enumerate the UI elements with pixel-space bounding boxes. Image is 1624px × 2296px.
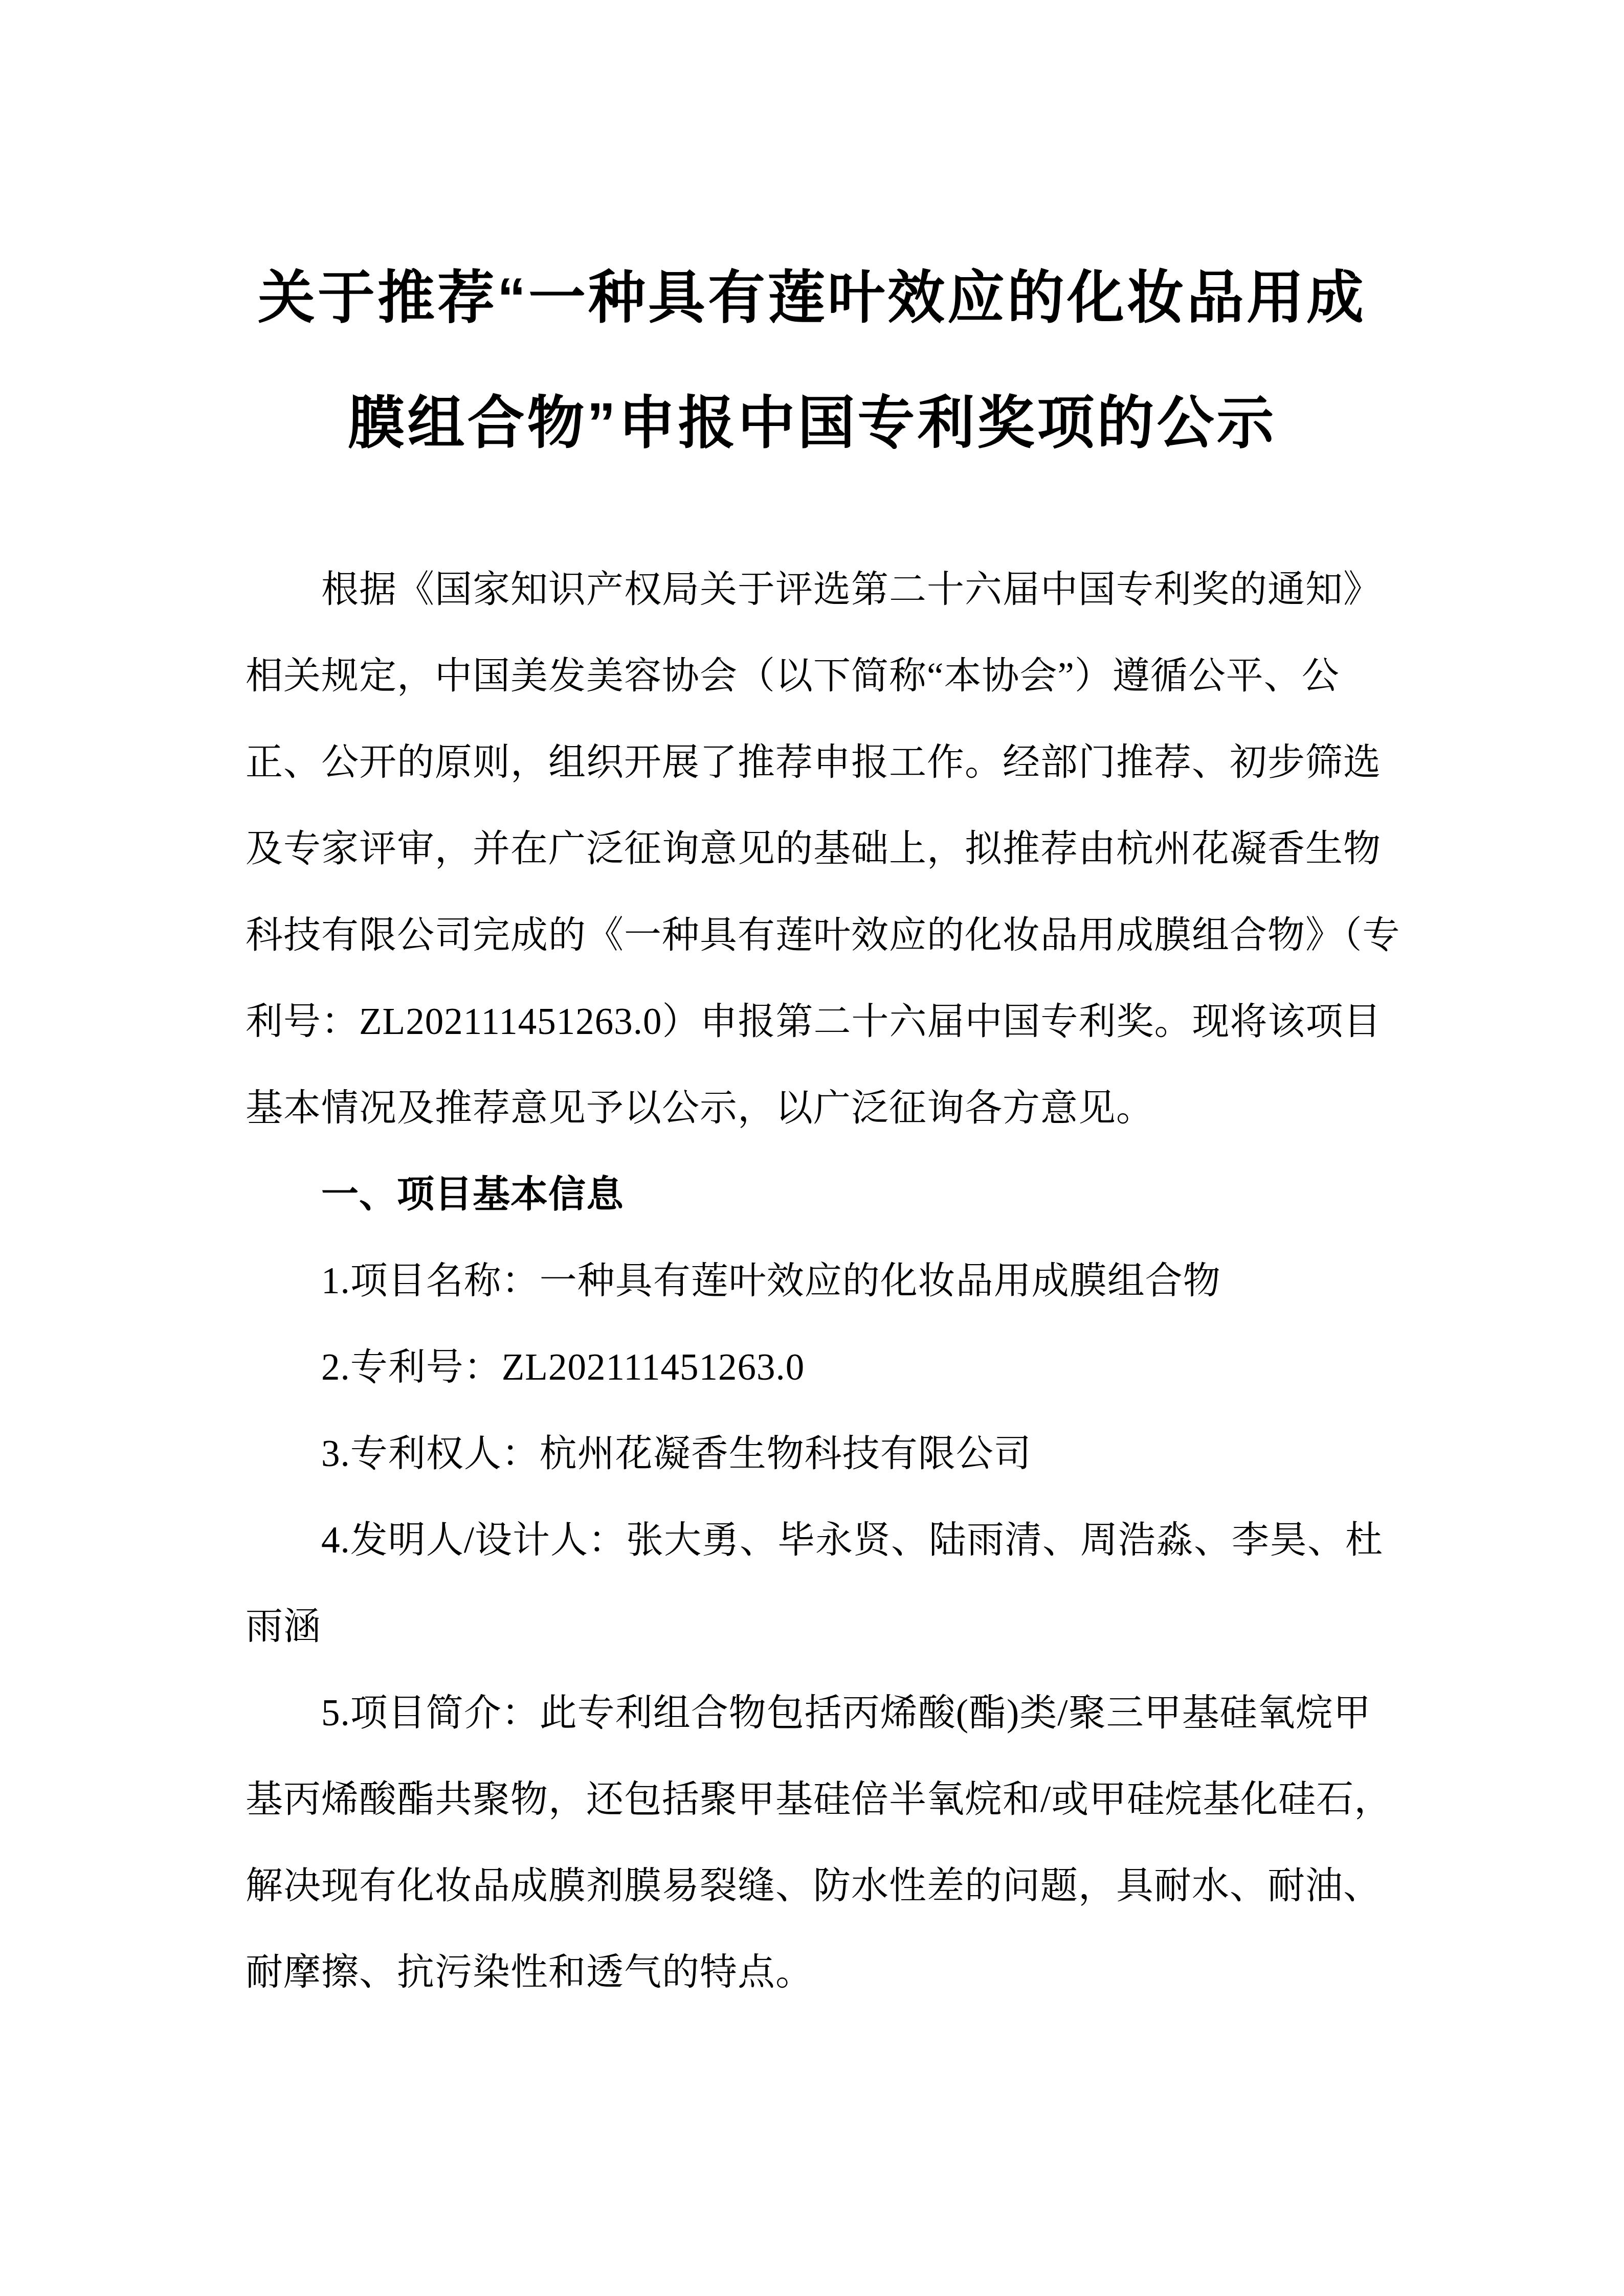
intro-line-4: 及专家评审，并在广泛征询意见的基础上，拟推荐由杭州花凝香生物 — [246, 805, 1378, 892]
patent-number-line: 2.专利号：ZL202111451263.0 — [246, 1324, 1378, 1410]
project-summary-line-4: 耐摩擦、抗污染性和透气的特点。 — [246, 1929, 1378, 2015]
item-patentee: 3.专利权人：杭州花凝香生物科技有限公司 — [246, 1410, 1378, 1497]
title-line-2: 膜组合物”申报中国专利奖项的公示 — [246, 361, 1378, 486]
document-title: 关于推荐“一种具有莲叶效应的化妆品用成 膜组合物”申报中国专利奖项的公示 — [246, 235, 1378, 486]
intro-line-7: 基本情况及推荐意见予以公示，以广泛征询各方意见。 — [246, 1065, 1378, 1151]
project-summary-line-1: 5.项目简介：此专利组合物包括丙烯酸(酯)类/聚三甲基硅氧烷甲 — [246, 1670, 1378, 1756]
intro-paragraph: 根据《国家知识产权局关于评选第二十六届中国专利奖的通知》 相关规定，中国美发美容… — [246, 546, 1378, 1151]
patentee-line: 3.专利权人：杭州花凝香生物科技有限公司 — [246, 1410, 1378, 1497]
intro-line-2: 相关规定，中国美发美容协会（以下简称“本协会”）遵循公平、公 — [246, 633, 1378, 719]
intro-line-6: 利号：ZL202111451263.0）申报第二十六届中国专利奖。现将该项目 — [246, 978, 1378, 1065]
intro-line-5: 科技有限公司完成的《一种具有莲叶效应的化妆品用成膜组合物》（专 — [246, 892, 1378, 978]
inventors-line-1: 4.发明人/设计人：张大勇、毕永贤、陆雨清、周浩淼、李昊、杜 — [246, 1497, 1378, 1583]
project-summary-line-2: 基丙烯酸酯共聚物，还包括聚甲基硅倍半氧烷和/或甲硅烷基化硅石， — [246, 1756, 1378, 1842]
project-name-line: 1.项目名称：一种具有莲叶效应的化妆品用成膜组合物 — [246, 1237, 1378, 1324]
section-heading-basic-info: 一、项目基本信息 — [246, 1151, 1378, 1237]
document-page: 关于推荐“一种具有莲叶效应的化妆品用成 膜组合物”申报中国专利奖项的公示 根据《… — [0, 0, 1624, 2296]
title-line-1: 关于推荐“一种具有莲叶效应的化妆品用成 — [246, 235, 1378, 361]
document-body: 根据《国家知识产权局关于评选第二十六届中国专利奖的通知》 相关规定，中国美发美容… — [246, 546, 1378, 2015]
project-summary-line-3: 解决现有化妆品成膜剂膜易裂缝、防水性差的问题，具耐水、耐油、 — [246, 1842, 1378, 1929]
intro-line-1: 根据《国家知识产权局关于评选第二十六届中国专利奖的通知》 — [246, 546, 1378, 633]
intro-line-3: 正、公开的原则，组织开展了推荐申报工作。经部门推荐、初步筛选 — [246, 719, 1378, 805]
inventors-line-2: 雨涵 — [246, 1583, 1378, 1670]
item-project-summary: 5.项目简介：此专利组合物包括丙烯酸(酯)类/聚三甲基硅氧烷甲 基丙烯酸酯共聚物… — [246, 1670, 1378, 2015]
item-project-name: 1.项目名称：一种具有莲叶效应的化妆品用成膜组合物 — [246, 1237, 1378, 1324]
item-patent-number: 2.专利号：ZL202111451263.0 — [246, 1324, 1378, 1410]
item-inventors: 4.发明人/设计人：张大勇、毕永贤、陆雨清、周浩淼、李昊、杜 雨涵 — [246, 1497, 1378, 1670]
